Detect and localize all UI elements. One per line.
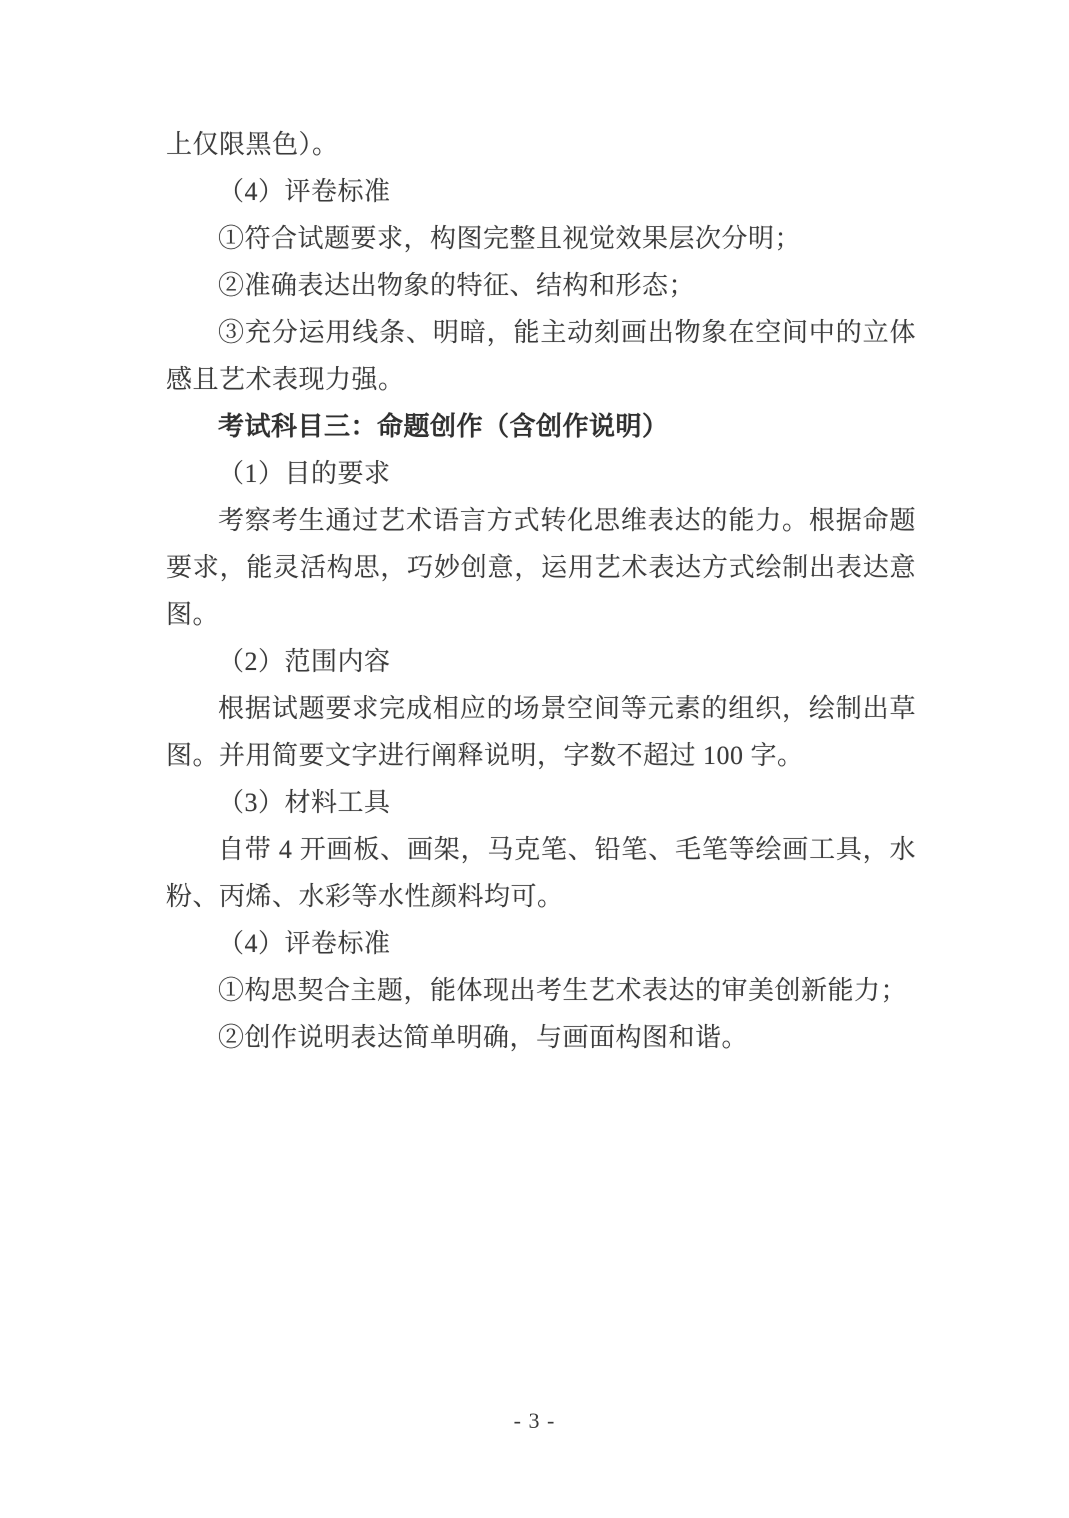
subsection-label-purpose: （1）目的要求 — [166, 450, 916, 497]
document-page: 上仅限黑色）。 （4）评卷标准 ①符合试题要求，构图完整且视觉效果层次分明； ②… — [0, 0, 1069, 1518]
list-item-3: ③充分运用线条、明暗，能主动刻画出物象在空间中的立体感且艺术表现力强。 — [166, 309, 916, 403]
page-number: - 3 - — [0, 1406, 1069, 1436]
paragraph-continuation: 上仅限黑色）。 — [166, 121, 916, 168]
subsection-label-materials: （3）材料工具 — [166, 779, 916, 826]
section-heading-subject-three: 考试科目三：命题创作（含创作说明） — [166, 403, 916, 450]
list-item-2: ②准确表达出物象的特征、结构和形态； — [166, 262, 916, 309]
paragraph-materials: 自带 4 开画板、画架，马克笔、铅笔、毛笔等绘画工具，水粉、丙烯、水彩等水性颜料… — [166, 826, 916, 920]
paragraph-scope: 根据试题要求完成相应的场景空间等元素的组织，绘制出草图。并用简要文字进行阐释说明… — [166, 685, 916, 779]
document-body: 上仅限黑色）。 （4）评卷标准 ①符合试题要求，构图完整且视觉效果层次分明； ②… — [166, 121, 916, 1061]
subsection-label-scope: （2）范围内容 — [166, 638, 916, 685]
list-item-grading-2: ②创作说明表达简单明确，与画面构图和谐。 — [166, 1014, 916, 1061]
subsection-label-grading: （4）评卷标准 — [166, 168, 916, 215]
list-item-grading-1: ①构思契合主题，能体现出考生艺术表达的审美创新能力； — [166, 967, 916, 1014]
paragraph-purpose: 考察考生通过艺术语言方式转化思维表达的能力。根据命题要求，能灵活构思，巧妙创意，… — [166, 497, 916, 638]
list-item-1: ①符合试题要求，构图完整且视觉效果层次分明； — [166, 215, 916, 262]
subsection-label-grading-2: （4）评卷标准 — [166, 920, 916, 967]
